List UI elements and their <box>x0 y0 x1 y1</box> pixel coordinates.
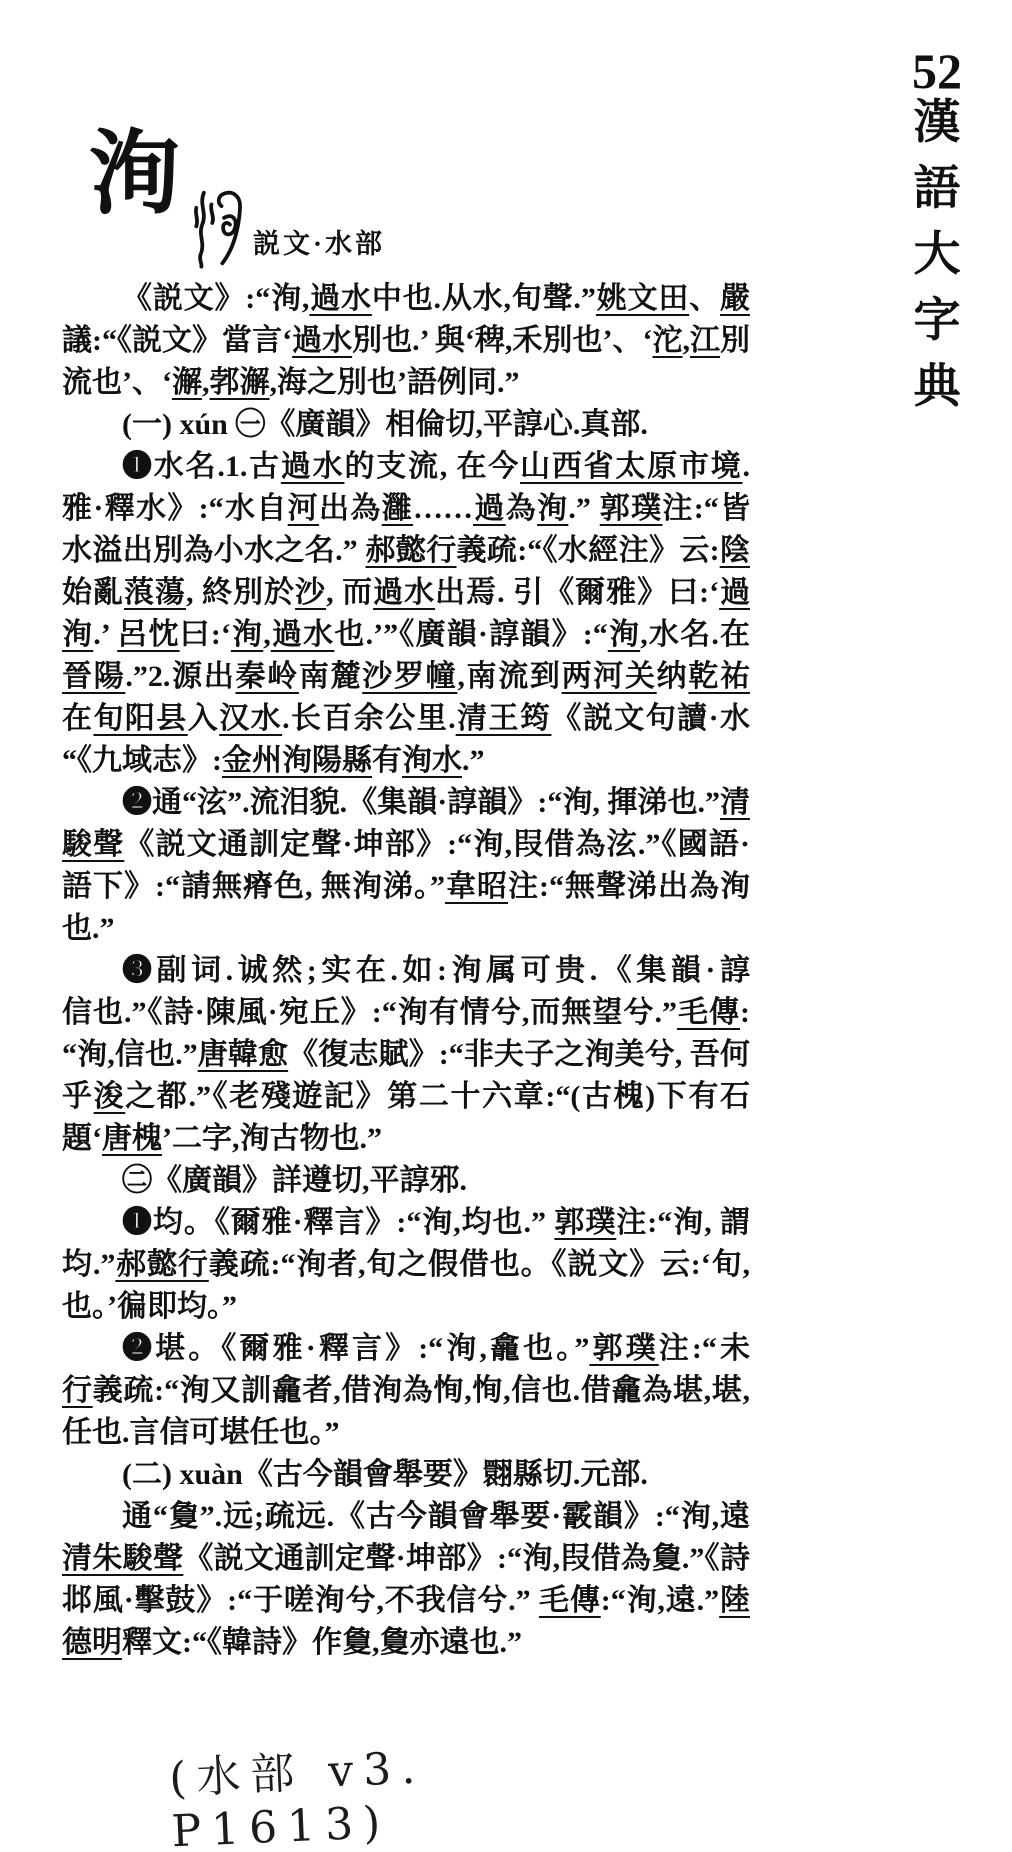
text-line: ❷堪。《爾雅·釋言》:“洵,龕也。”郭璞注:“未詳.”郝懿 <box>62 1328 750 1370</box>
text-line: 通“敻”.远;疏远.《古今韻會舉要·霰韻》:“洵,遠也.” <box>62 1496 750 1538</box>
text-line: ㊁《廣韻》詳遵切,平諄邪. <box>62 1160 750 1202</box>
text-line: 《説文》:“洵,過水中也.从水,旬聲.”姚文田、嚴可均校 <box>62 278 750 320</box>
margin-title-char: 漢 <box>914 100 961 147</box>
text-line: (二) xuàn《古今韻會舉要》翾縣切.元部. <box>62 1454 750 1496</box>
text-line: 德明釋文:“《韓詩》作敻,敻亦遠也.” <box>62 1622 750 1664</box>
headword-character: 洵 <box>88 128 180 220</box>
text-line: 也.” <box>62 908 750 950</box>
text-line: 邶風·擊鼓》:“于嗟洵兮,不我信兮.” 毛傳:“洵,遠.”陸 <box>62 1580 750 1622</box>
text-line: 行義疏:“洵又訓龕者,借洵為恂,恂,信也.借龕為堪,堪, <box>62 1370 750 1412</box>
text-line: (一) xún ㊀《廣韻》相倫切,平諄心.真部. <box>62 404 750 446</box>
text-line: ❶水名.1.古過水的支流, 在今山西省太原市境.《爾 <box>62 446 750 488</box>
text-line: 駿聲《説文通訓定聲·坤部》:“洵,叚借為泫.”《國語·魯 <box>62 824 750 866</box>
text-line: 也。’徧即均。” <box>62 1286 750 1328</box>
text-line: 雅·釋水》:“水自河出為灉……過為洵.” 郭璞注:“皆大 <box>62 488 750 530</box>
margin-title-char: 語 <box>914 166 961 213</box>
seal-script-glyph <box>192 186 246 270</box>
margin-title-char: 典 <box>914 364 961 411</box>
margin-title-char: 大 <box>914 232 961 279</box>
margin-title: 漢語大字典 <box>900 100 974 411</box>
text-line: 議:“《説文》當言‘過水別也.’ 與‘稗,禾別也’、‘沱,江別 <box>62 320 750 362</box>
text-line: ❷通“泫”.流泪貌.《集韻·諄韻》:“洵, 揮涕也.”清朱 <box>62 782 750 824</box>
text-line: ❸副词.诚然;实在.如:洵属可贵.《集韻·諄韻》:“洵, <box>62 950 750 992</box>
text-line: 均.”郝懿行義疏:“洵者,旬之假借也。《説文》云:‘旬,徧 <box>62 1244 750 1286</box>
page-number: 52 <box>900 42 974 100</box>
margin-title-char: 字 <box>914 298 961 345</box>
text-line: 洵.’ 呂忱曰:‘洵,過水也.’”《廣韻·諄韻》:“洵,水名.在 <box>62 614 750 656</box>
headword-source-label: 説文·水部 <box>253 222 385 261</box>
text-line: 語下》:“請無瘠色, 無洵涕。”韋昭注:“無聲涕出為洵涕 <box>62 866 750 908</box>
text-line: 在旬阳县入汉水.长百余公里.清王筠《説文句讀·水部》: <box>62 698 750 740</box>
dictionary-entry-body: 《説文》:“洵,過水中也.从水,旬聲.”姚文田、嚴可均校議:“《説文》當言‘過水… <box>62 278 750 1664</box>
text-line: 晉陽.”2.源出秦岭南麓沙罗幢,南流到两河关纳乾祐河, <box>62 656 750 698</box>
page: 洵 説文·水部 52 漢語大字典 《説文》:“洵,過水中也.从水,旬聲.”姚文田… <box>0 0 1012 1852</box>
text-line: 始亂蒗蕩, 終別於沙, 而過水出焉. 引《爾雅》曰:‘過為 <box>62 572 750 614</box>
handwritten-note: (水部 v3. P1613) <box>168 1722 653 1852</box>
text-line: 水溢出別為小水之名.” 郝懿行義疏:“《水經注》云:陰溝 <box>62 530 750 572</box>
text-line: 清朱駿聲《説文通訓定聲·坤部》:“洵,叚借為敻.”《詩· <box>62 1538 750 1580</box>
text-line: “洵,信也.”唐韓愈《復志賦》:“非夫子之洵美兮, 吾何為 <box>62 1034 750 1076</box>
text-line: 信也.”《詩·陳風·宛丘》:“洵有情兮,而無望兮.”毛傳: <box>62 992 750 1034</box>
text-line: 題‘唐槐’二字,洵古物也.” <box>62 1118 750 1160</box>
text-line: “《九域志》:金州洵陽縣有洵水.” <box>62 740 750 782</box>
text-line: 任也.言信可堪任也。” <box>62 1412 750 1454</box>
text-line: ❶均。《爾雅·釋言》:“洵,均也.” 郭璞注:“洵, 謂調 <box>62 1202 750 1244</box>
text-line: 乎浚之都.”《老殘遊記》第二十六章:“(古槐)下有石碑, <box>62 1076 750 1118</box>
text-line: 流也’、‘澥,郣澥,海之別也’語例同.” <box>62 362 750 404</box>
